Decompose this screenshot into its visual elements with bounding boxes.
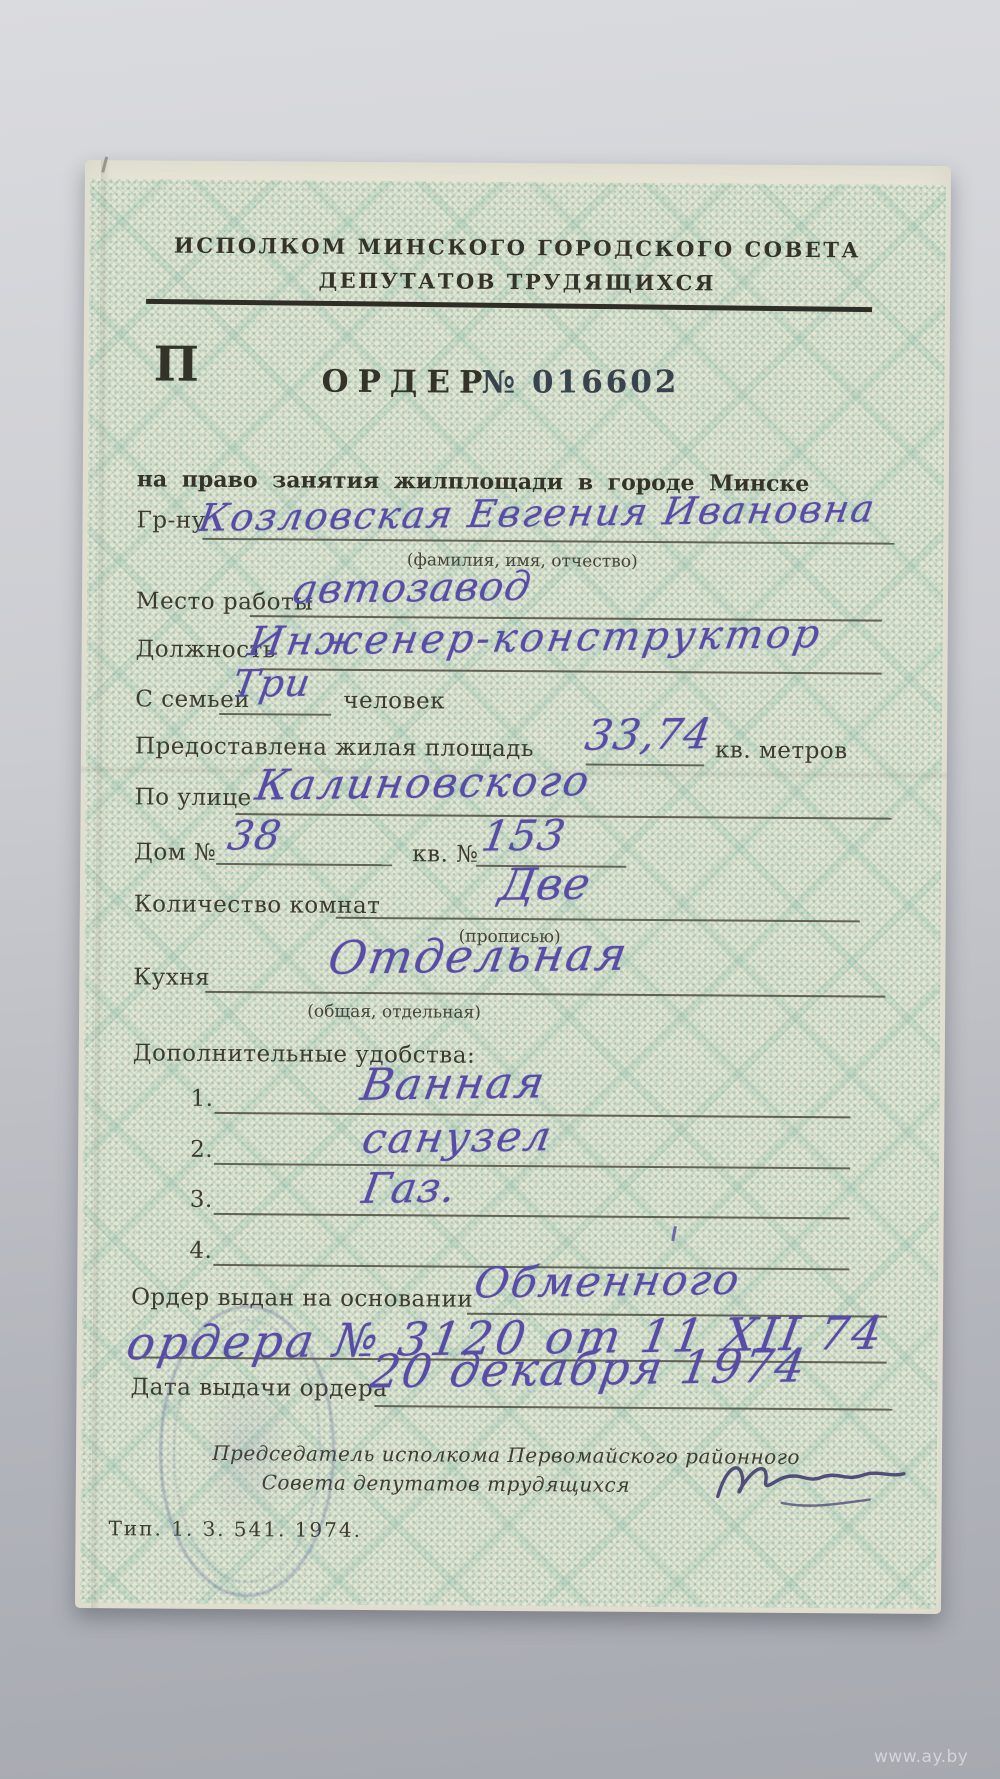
- kitchen-underline: [205, 991, 885, 998]
- family-underline: [219, 713, 331, 716]
- amenity-3-num: 3.: [190, 1187, 213, 1213]
- document-content: ИСПОЛКОМ МИНСКОГО ГОРОДСКОГО СОВЕТА ДЕПУ…: [75, 160, 951, 1614]
- issue-date-underline: [374, 1405, 892, 1411]
- header-line2: ДЕПУТАТОВ ТРУДЯЩИХСЯ: [84, 266, 950, 297]
- amenity-2-value: санузел: [359, 1111, 557, 1163]
- citizen-label: Гр-ну: [136, 507, 205, 533]
- area-value: 33,74: [582, 709, 716, 760]
- family-value: Три: [230, 661, 315, 706]
- order-document-paper: ИСПОЛКОМ МИНСКОГО ГОРОДСКОГО СОВЕТА ДЕПУ…: [75, 160, 951, 1614]
- amenity-2-underline: [214, 1163, 850, 1169]
- area-underline: [586, 764, 704, 767]
- rooms-value: Две: [496, 859, 595, 911]
- kitchen-label: Кухня: [133, 964, 210, 991]
- house-value: 38: [225, 813, 286, 860]
- rooms-label: Количество комнат: [134, 891, 381, 919]
- street-label: По улице: [135, 784, 252, 811]
- amenity-3-underline: [214, 1213, 850, 1219]
- amenity-4-num: 4.: [189, 1238, 212, 1264]
- family-suffix: человек: [343, 688, 445, 715]
- area-suffix: кв. метров: [715, 737, 848, 764]
- apartment-label: кв. №: [412, 841, 478, 867]
- citizen-underline: [202, 538, 894, 545]
- position-value: Инженер-конструктор: [245, 611, 826, 665]
- workplace-label: Место работы: [136, 588, 313, 615]
- amenity-1-value: Ванная: [357, 1057, 550, 1110]
- apartment-value: 153: [478, 811, 569, 861]
- rooms-underline: [336, 917, 860, 923]
- amenity-2-num: 2.: [190, 1137, 213, 1163]
- round-stamp: [158, 1305, 336, 1598]
- chairman-signature: [712, 1452, 912, 1517]
- workplace-value: автозавод: [290, 564, 535, 613]
- amenity-3-value: Газ.: [359, 1163, 460, 1213]
- order-number: № 016602: [481, 364, 679, 401]
- document-title: ОРДЕР: [321, 364, 491, 401]
- house-label: Дом №: [134, 839, 216, 866]
- house-underline: [216, 863, 392, 866]
- basis-label: Ордер выдан на основании: [131, 1284, 473, 1312]
- position-underline: [260, 668, 882, 674]
- number-sign: №: [481, 365, 518, 401]
- issue-date-value: 20 декабря 1974: [366, 1339, 810, 1399]
- number-digits: 016602: [532, 364, 680, 401]
- header-rule: [146, 299, 872, 312]
- kitchen-hint: (общая, отдельная): [249, 1001, 539, 1023]
- header-line1: ИСПОЛКОМ МИНСКОГО ГОРОДСКОГО СОВЕТА: [84, 232, 950, 263]
- basis-value-line1: Обменного: [471, 1255, 745, 1308]
- stray-ink-mark: [671, 1226, 677, 1241]
- street-value: Калиновского: [252, 756, 594, 810]
- photo-watermark: www.ay.by: [874, 1747, 968, 1767]
- citizen-value: Козловская Евгения Ивановна: [196, 486, 880, 539]
- kitchen-value: Отдельная: [325, 927, 633, 985]
- photo-of-document: { "photo": { "watermark": "www.ay.by" },…: [0, 0, 1000, 1779]
- amenity-1-num: 1.: [190, 1086, 213, 1112]
- corner-letter: П: [153, 336, 199, 392]
